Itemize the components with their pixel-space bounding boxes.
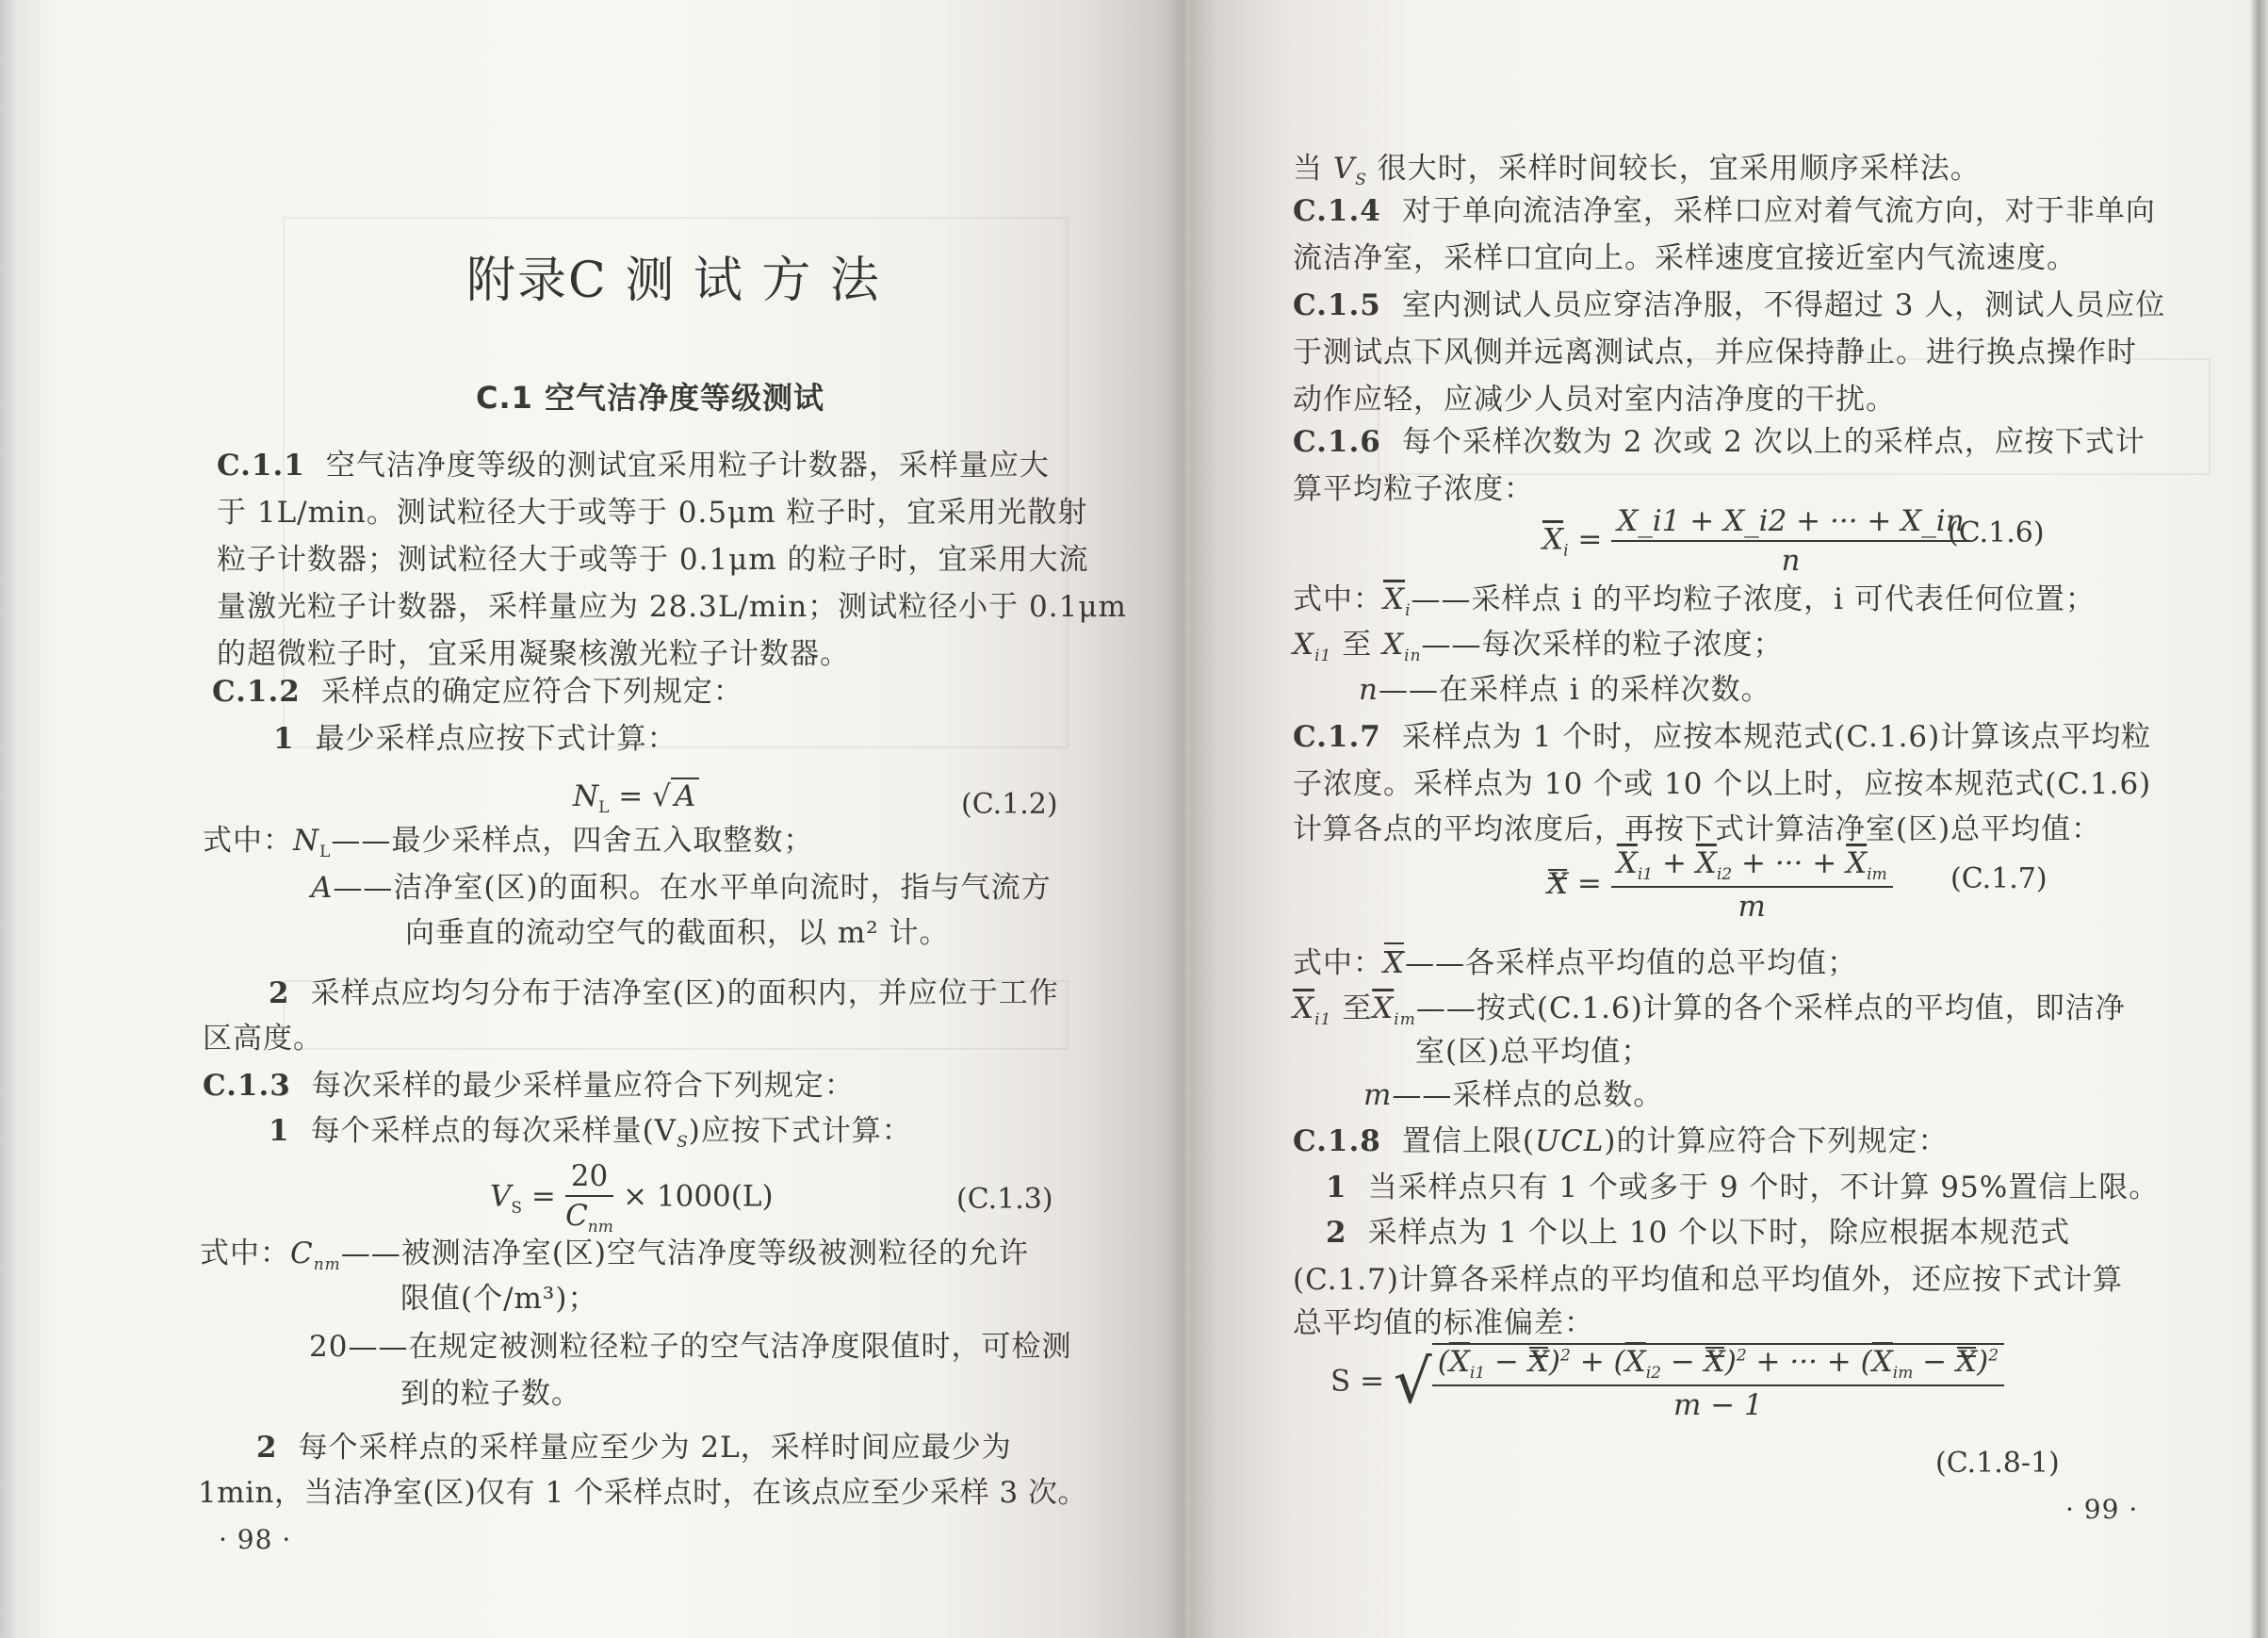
formula-number: (C.1.7) [1950, 862, 2048, 895]
item-text: (C.1.7)计算各采样点的平均值和总平均值外，还应按下式计算 [1293, 1257, 2123, 1302]
clause-line: 空气洁净度等级的测试宜采用粒子计数器，采样量应大 [326, 449, 1050, 483]
definition-text: ——各采样点平均值的总平均值； [1405, 946, 1857, 980]
left-page: 附录C 测 试 方 法 C.1 空气洁净度等级测试 C.1.1空气洁净度等级的测… [0, 0, 1189, 1638]
clause-number: C.1.8 [1293, 1124, 1381, 1158]
clause-line: 于 1L/min。测试粒径大于或等于 0.5μm 粒子时，宜采用光散射 [217, 490, 1087, 535]
clause-line: 对于单向流洁净室，采样口应对着气流方向，对于非单向 [1402, 194, 2156, 228]
definition-text: ——按式(C.1.6)计算的各个采样点的平均值，即洁净 [1416, 991, 2126, 1025]
clause-text: 采样点的确定应符合下列规定： [321, 675, 743, 709]
definition-text: 向垂直的流动空气的截面积，以 m² 计。 [405, 910, 950, 956]
definition-text: ——在采样点 i 的采样次数。 [1379, 673, 1771, 707]
clause-number: C.1.4 [1293, 194, 1381, 228]
formula-number: (C.1.2) [961, 788, 1058, 821]
item-text: 1min，当洁净室(区)仅有 1 个采样点时，在该点应至少采样 3 次。 [198, 1470, 1087, 1515]
page-number: · 99 · [2065, 1487, 2138, 1532]
definition-text: ——洁净室(区)的面积。在水平单向流时，指与气流方 [333, 871, 1051, 905]
item-text: 区高度。 [203, 1016, 323, 1061]
clause-line: 流洁净室，采样口宜向上。采样速度宜接近室内气流速度。 [1293, 236, 2077, 281]
formula-number: (C.1.3) [956, 1183, 1053, 1216]
clause-line: 计算各点的平均浓度后，再按下式计算洁净室(区)总平均值： [1293, 807, 2101, 852]
item-number: 2 [269, 976, 290, 1010]
continued-text: 很大时，采样时间较长，宜采用顺序采样法。 [1367, 152, 1981, 186]
clause-number: C.1.1 [217, 449, 305, 483]
item-number: 1 [269, 1114, 290, 1148]
definition-text: ——最少采样点，四舍五入取整数； [331, 824, 813, 858]
section-title: C.1 空气洁净度等级测试 [476, 375, 824, 420]
clause-number: C.1.3 [203, 1069, 291, 1103]
where-label: 式中： [1293, 582, 1383, 616]
clause-number: C.1.2 [212, 675, 301, 709]
formula-c117: X = Xi1 + Xi2 + ··· + Ximm [1547, 846, 1893, 924]
clause-text: 每次采样的最少采样量应符合下列规定： [312, 1069, 855, 1103]
clause-number: C.1.7 [1293, 720, 1381, 754]
definition-text: 限值(个/m³)； [400, 1276, 597, 1321]
definition-text: ——采样点 i 的平均粒子浓度，i 可代表任何位置； [1411, 582, 2096, 616]
clause-number: C.1.5 [1293, 288, 1381, 322]
item-number: 1 [1326, 1171, 1347, 1204]
clause-line: 量激光粒子计数器，采样量应为 28.3L/min；测试粒径小于 0.1μm [217, 584, 1127, 630]
clause-line: 动作应轻，应减少人员对室内洁净度的干扰。 [1293, 377, 1896, 422]
definition-text: ——采样点的总数。 [1392, 1078, 1663, 1112]
formula-c116: Xi = X_i1 + X_i2 + ··· + X_inn [1542, 504, 1970, 578]
item-number: 2 [256, 1431, 278, 1465]
definition-text: 到的粒子数。 [400, 1371, 581, 1417]
definition-text: ——被测洁净室(区)空气洁净度等级被测粒径的允许 [341, 1237, 1029, 1270]
definition-text: ——每次采样的粒子浓度； [1422, 628, 1784, 662]
item-text: 当采样点只有 1 个或多于 9 个时，不计算 95%置信上限。 [1368, 1171, 2160, 1204]
item-text: 总平均值的标准偏差： [1293, 1301, 1594, 1346]
clause-number: C.1.6 [1293, 425, 1381, 459]
item-text: 采样点为 1 个以上 10 个以下时，除应根据本规范式 [1368, 1216, 2071, 1250]
clause-line: 室内测试人员应穿洁净服，不得超过 3 人，测试人员应位 [1402, 288, 2165, 322]
right-page: 当 VS 很大时，采样时间较长，宜采用顺序采样法。 C.1.4对于单向流洁净室，… [1189, 0, 2268, 1638]
appendix-title: 附录C 测 试 方 法 [466, 253, 881, 309]
item-number: 2 [1326, 1216, 1347, 1250]
item-text: 最少采样点应按下式计算： [316, 722, 677, 756]
formula-number: (C.1.6) [1948, 516, 2045, 549]
clause-line: 于测试点下风侧并远离测试点，并应保持静止。进行换点操作时 [1293, 330, 2137, 375]
where-label: 式中： [203, 824, 293, 858]
clause-line: 采样点为 1 个时，应按本规范式(C.1.6)计算该点平均粒 [1402, 720, 2151, 754]
clause-line: 粒子计数器；测试粒径大于或等于 0.1μm 的粒子时，宜采用大流 [217, 537, 1089, 582]
clause-line: 子浓度。采样点为 10 个或 10 个以上时，应按本规范式(C.1.6) [1293, 762, 2151, 807]
formula-c118-1: S = √(Xi1 − X)2 + (Xi2 − X)2 + ··· + (Xi… [1330, 1343, 2004, 1422]
formula-c112: NL = √A [573, 778, 699, 817]
clause-line: 每个采样次数为 2 次或 2 次以上的采样点，应按下式计 [1402, 425, 2146, 459]
where-label: 式中： [200, 1237, 290, 1270]
page-number: · 98 · [219, 1517, 291, 1563]
formula-number: (C.1.8-1) [1935, 1447, 2060, 1480]
item-text: 采样点应均匀分布于洁净室(区)的面积内，并应位于工作 [311, 976, 1059, 1010]
where-label: 式中： [1293, 946, 1383, 980]
item-number: 1 [273, 722, 295, 756]
definition-text: ——在规定被测粒径粒子的空气洁净度限值时，可检测 [348, 1330, 1071, 1364]
definition-text: 室(区)总平均值； [1415, 1029, 1651, 1074]
clause-line: 算平均粒子浓度： [1293, 467, 1534, 512]
item-text: 每个采样点的采样量应至少为 2L，采样时间应最少为 [299, 1431, 1012, 1465]
formula-c113: VS = 20Cnm × 1000(L) [490, 1159, 774, 1237]
